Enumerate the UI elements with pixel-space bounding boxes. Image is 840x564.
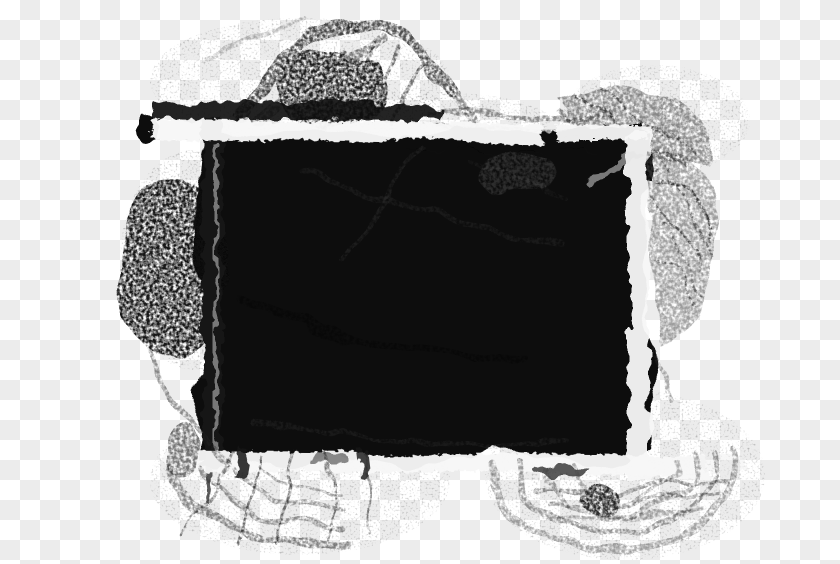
frame-right-post [629,134,649,480]
grunge-ink-frame-image [0,0,840,564]
light-patch [472,158,552,194]
speckle-cluster [166,426,198,478]
frame-left-post [203,116,222,466]
left-post-scratch [214,142,218,454]
artwork-canvas [0,0,840,564]
